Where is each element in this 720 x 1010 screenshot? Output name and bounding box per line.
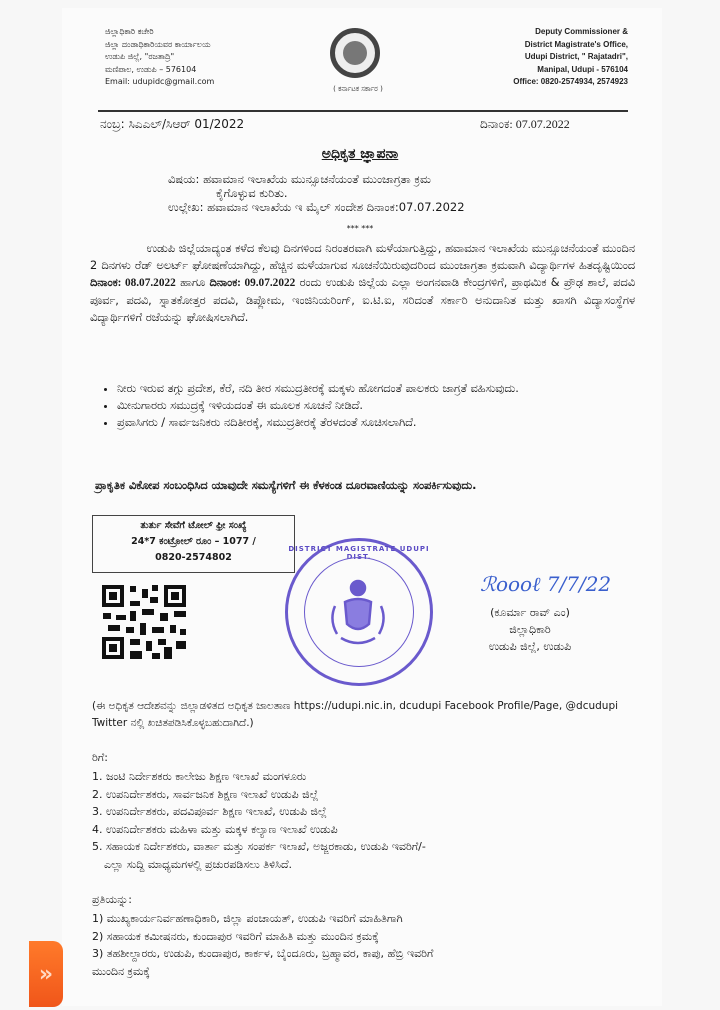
phone-line: Office: 0820-2574934, 2574923 — [458, 76, 628, 89]
state-emblem-icon — [305, 558, 412, 665]
recipients-heading: ರಿಗೆ: — [92, 751, 108, 765]
address-line: Deputy Commissioner & — [458, 26, 628, 39]
address-line: ಜಿಲ್ಲಾಧಿಕಾರಿ ಕಚೇರಿ — [105, 26, 214, 39]
body-paragraph: ಉಡುಪಿ ಜಿಲ್ಲೆಯಾದ್ಯಂತ ಕಳೆದ ಕೆಲವು ದಿನಗಳಿಂದ … — [90, 240, 635, 326]
phone-number: 0820-2574802 — [93, 550, 294, 566]
list-item: 3. ಉಪನಿರ್ದೇಶಕರು, ಪದವಿಪೂರ್ವ ಶಿಕ್ಷಣ ಇಲಾಖೆ,… — [92, 803, 637, 821]
instructions-list: ನೀರು ಇರುವ ತಗ್ಗು ಪ್ರದೇಶ, ಕೆರೆ, ನದಿ ತೀರ ಸಮ… — [95, 380, 657, 431]
reference-date: ದಿನಾಂಕ: 07.07.2022 — [480, 117, 570, 132]
list-item: 1. ಜಂಟಿ ನಿರ್ದೇಶಕರು ಕಾಲೇಜು ಶಿಕ್ಷಣ ಇಲಾಖೆ ಮ… — [92, 768, 637, 786]
expand-panel-button[interactable]: » — [29, 941, 63, 1007]
emblem-caption: ( ಕರ್ನಾಟಕ ಸರ್ಕಾರ ) — [318, 85, 398, 94]
reference-number: ನಂಬ್ರ: ಸಿಎಎಲ್/ಸಿಆರ್ 01/2022 — [100, 117, 244, 132]
district-magistrate-seal: DISTRICT MAGISTRATE UDUPI DIST. — [285, 538, 433, 686]
tollfree-label: ತುರ್ತು ಸೇವೆಗೆ ಟೋಲ್ ಫ್ರೀ ಸಂಖ್ಯೆ — [93, 518, 294, 534]
address-line: ಉಡುಪಿ ಜಿಲ್ಲೆ, "ರಜತಾದ್ರಿ" — [105, 51, 214, 64]
signatory-block: (ಕೂರ್ಮಾ ರಾವ್ ಎಂ) ಜಿಲ್ಲಾಧಿಕಾರಿ ಉಡುಪಿ ಜಿಲ್… — [440, 604, 620, 655]
signatory-designation: ಜಿಲ್ಲಾಧಿಕಾರಿ — [440, 621, 620, 638]
list-item: ನೀರು ಇರುವ ತಗ್ಗು ಪ್ರದೇಶ, ಕೆರೆ, ನದಿ ತೀರ ಸಮ… — [117, 380, 657, 397]
signatory-name: (ಕೂರ್ಮಾ ರಾವ್ ಎಂ) — [440, 604, 620, 621]
reference-line: ಉಲ್ಲೇಖ: ಹವಾಮಾನ ಇಲಾಖೆಯ ಇ ಮೈಲ್ ಸಂದೇಶ ದಿನಾಂ… — [168, 200, 608, 214]
signatory-place: ಉಡುಪಿ ಜಿಲ್ಲೆ, ಉಡುಪಿ — [440, 638, 620, 655]
list-item: 5. ಸಹಾಯಕ ನಿರ್ದೇಶಕರು, ವಾರ್ತಾ ಮತ್ತು ಸಂಪರ್ಕ… — [92, 838, 637, 873]
contact-note: ಪ್ರಾಕೃತಿಕ ವಿಕೋಪ ಸಂಬಂಧಿಸಿದ ಯಾವುದೇ ಸಮಸ್ಯೆಗ… — [95, 478, 635, 494]
publish-note: (ಈ ಅಧಿಕೃತ ಆದೇಶವನ್ನು ಜಿಲ್ಲಾಡಳಿತದ ಅಧಿಕೃತ ಜ… — [92, 698, 637, 732]
control-room-number: 24*7 ಕಂಟ್ರೋಲ್ ರೂಂ – 1077 / — [93, 534, 294, 550]
list-item: 2) ಸಹಾಯಕ ಕಮೀಷನರು, ಕುಂದಾಪುರ ಇವರಿಗೆ ಮಾಹಿತಿ… — [92, 928, 637, 946]
list-item: 1) ಮುಖ್ಯಕಾರ್ಯನಿರ್ವಹಣಾಧಿಕಾರಿ, ಜಿಲ್ಲಾ ಪಂಚಾ… — [92, 910, 637, 928]
list-item: 4. ಉಪನಿರ್ದೇಶಕರು ಮಹಿಳಾ ಮತ್ತು ಮಕ್ಕಳ ಕಲ್ಯಾಣ… — [92, 821, 637, 839]
holiday-date-1: ದಿನಾಂಕ: 08.07.2022 — [90, 277, 176, 289]
subject-line: ವಿಷಯ: ಹವಾಮಾನ ಇಲಾಖೆಯ ಮುನ್ಸೂಚನೆಯಂತೆ ಮುಂಜಾಗ… — [168, 172, 608, 186]
list-item: 2. ಉಪನಿರ್ದೇಶಕರು, ಸಾರ್ವಜನಿಕ ಶಿಕ್ಷಣ ಇಲಾಖೆ … — [92, 786, 637, 804]
signature: ℛoooℓ 7/7/22 — [480, 572, 611, 597]
subject-block: ವಿಷಯ: ಹವಾಮಾನ ಇಲಾಖೆಯ ಮುನ್ಸೂಚನೆಯಂತೆ ಮುಂಜಾಗ… — [168, 172, 608, 214]
list-item: ಪ್ರವಾಸಿಗರು / ಸಾರ್ವಜನಿಕರು ನದಿತೀರಕ್ಕೆ, ಸಮು… — [117, 414, 657, 431]
address-line: Manipal, Udupi - 576104 — [458, 64, 628, 77]
tollfree-box: ತುರ್ತು ಸೇವೆಗೆ ಟೋಲ್ ಫ್ರೀ ಸಂಖ್ಯೆ 24*7 ಕಂಟ್… — [92, 515, 295, 573]
address-line: District Magistrate's Office, — [458, 39, 628, 52]
list-item: ಮೀನುಗಾರರು ಸಮುದ್ರಕ್ಕೆ ಇಳಿಯದಂತೆ ಈ ಮೂಲಕ ಸೂಚ… — [117, 397, 657, 414]
email-line: Email: udupidc@gmail.com — [105, 76, 214, 89]
copy-list: 1) ಮುಖ್ಯಕಾರ್ಯನಿರ್ವಹಣಾಧಿಕಾರಿ, ಜಿಲ್ಲಾ ಪಂಚಾ… — [92, 910, 637, 980]
separator: *** *** — [0, 224, 720, 233]
subject-line: ಕೈಗೊಳ್ಳುವ ಕುರಿತು. — [168, 186, 608, 200]
address-line: Udupi District, " Rajatadri", — [458, 51, 628, 64]
double-chevron-right-icon: » — [39, 962, 53, 987]
address-line: ಮಣಿಪಾಲ, ಉಡುಪಿ – 576104 — [105, 64, 214, 77]
address-line: ಜಿಲ್ಲಾ ದಂಡಾಧಿಕಾರಿಯವರ ಕಾರ್ಯಾಲಯ — [105, 39, 214, 52]
recipients-list: 1. ಜಂಟಿ ನಿರ್ದೇಶಕರು ಕಾಲೇಜು ಶಿಕ್ಷಣ ಇಲಾಖೆ ಮ… — [92, 768, 637, 873]
copy-heading: ಪ್ರತಿಯನ್ನು: — [92, 893, 132, 907]
document-title: ಅಧಿಕೃತ ಜ್ಞಾಪನಾ — [0, 146, 720, 162]
holiday-date-2: ದಿನಾಂಕ: 09.07.2022 — [210, 277, 296, 289]
header-divider — [98, 110, 628, 112]
karnataka-emblem-icon — [330, 28, 380, 78]
list-item: 3) ತಹಶೀಲ್ದಾರರು, ಉಡುಪಿ, ಕುಂದಾಪುರ, ಕಾರ್ಕಳ,… — [92, 945, 637, 980]
qr-code-icon — [100, 583, 190, 661]
header-right-address: Deputy Commissioner & District Magistrat… — [458, 26, 628, 89]
header-left-address: ಜಿಲ್ಲಾಧಿಕಾರಿ ಕಚೇರಿ ಜಿಲ್ಲಾ ದಂಡಾಧಿಕಾರಿಯವರ … — [105, 26, 214, 89]
